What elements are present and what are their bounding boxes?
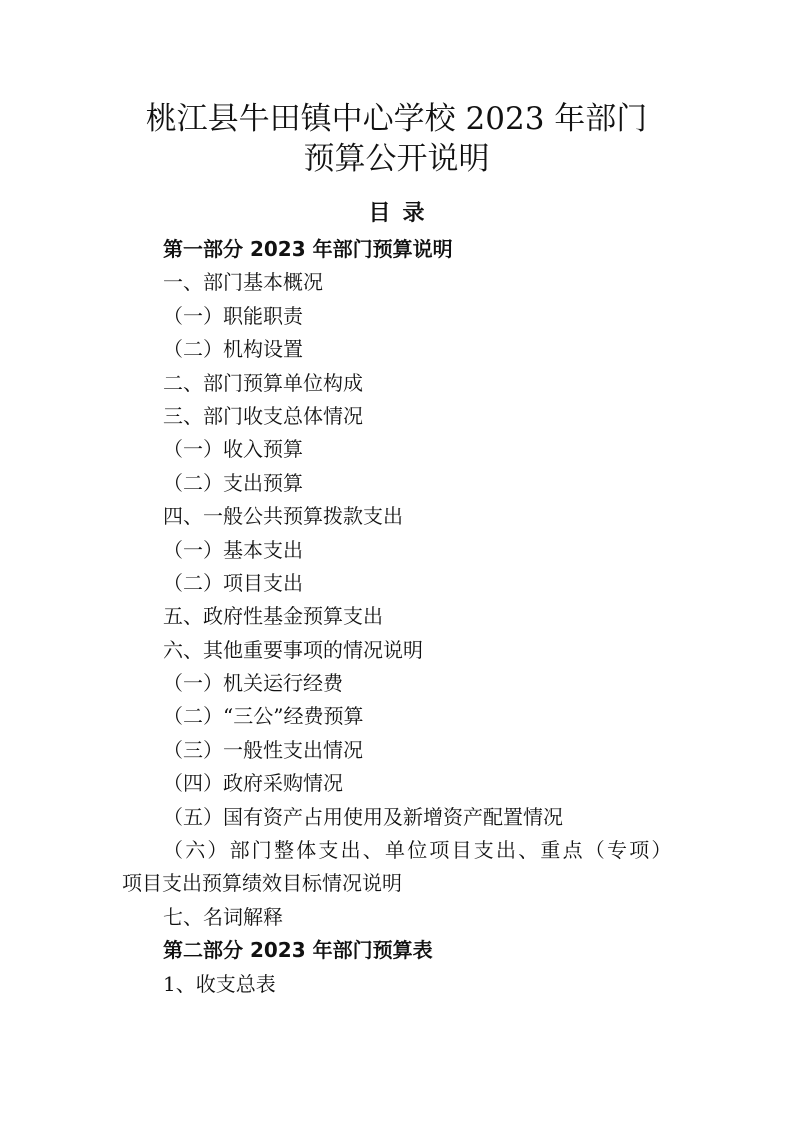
toc-item: 二、部门预算单位构成 [122,367,664,400]
document-title-line1: 桃江县牛田镇中心学校 2023 年部门 [0,99,793,139]
toc-item: 七、名词解释 [122,901,664,934]
toc-item: 六、其他重要事项的情况说明 [122,634,664,667]
toc-part-one: 第一部分 2023 年部门预算说明 [122,233,664,266]
toc-item: （三）一般性支出情况 [122,734,664,767]
document-title-line2: 预算公开说明 [0,139,793,179]
toc-item: （一）机关运行经费 [122,667,664,700]
toc-item: 一、部门基本概况 [122,266,664,299]
toc-item: （一）收入预算 [122,433,664,466]
table-of-contents: 第一部分 2023 年部门预算说明 一、部门基本概况 （一）职能职责 （二）机构… [122,233,664,1001]
toc-item: （四）政府采购情况 [122,767,664,800]
toc-item: （二）项目支出 [122,567,664,600]
toc-item-continuation: 项目支出预算绩效目标情况说明 [122,867,664,900]
toc-item: 三、部门收支总体情况 [122,400,664,433]
toc-item: （一）职能职责 [122,300,664,333]
toc-item: （二）机构设置 [122,333,664,366]
document-page: 桃江县牛田镇中心学校 2023 年部门 预算公开说明 目录 第一部分 2023 … [0,0,793,1122]
toc-item: （二）“三公”经费预算 [122,700,664,733]
toc-heading-char: 录 [403,201,425,226]
toc-item: 1、收支总表 [122,968,664,1001]
toc-item: （二）支出预算 [122,467,664,500]
toc-heading-char: 目 [368,201,390,226]
toc-item: 五、政府性基金预算支出 [122,600,664,633]
toc-item: （一）基本支出 [122,534,664,567]
toc-item: （五）国有资产占用使用及新增资产配置情况 [122,801,664,834]
toc-item: 四、一般公共预算拨款支出 [122,500,664,533]
toc-item: （六）部门整体支出、单位项目支出、重点（专项） [122,834,664,867]
toc-part-two: 第二部分 2023 年部门预算表 [122,934,664,967]
toc-heading: 目录 [0,199,793,229]
